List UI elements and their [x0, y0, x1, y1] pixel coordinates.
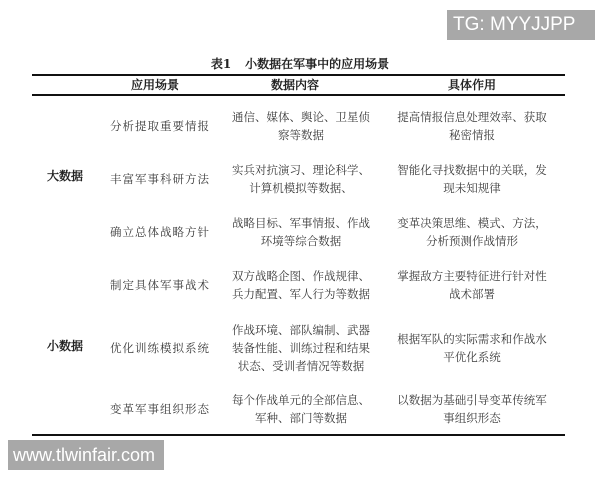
top-rule: [32, 74, 565, 76]
table-row: 变革军事组织形态 每个作战单元的全部信息、军种、部门等数据 以数据为基础引导变革…: [32, 386, 565, 432]
table-row: 优化训练模拟系统 作战环境、部队编制、武器装备性能、训练过程和结果状态、受训者情…: [32, 310, 565, 386]
watermark-url: www.tlwinfair.com: [8, 440, 164, 470]
cell-scene: 丰富军事科研方法: [100, 155, 220, 203]
cell-effect: 变革决策思维、模式、方法，分析预测作战情形: [392, 208, 552, 256]
header-effect: 具体作用: [392, 77, 552, 94]
table-row: 制定具体军事战术 双方战略企图、作战规律、兵力配置、军人行为等数据 掌握敌方主要…: [32, 256, 565, 314]
cell-effect: 智能化寻找数据中的关联，发现未知规律: [392, 155, 552, 203]
cell-scene: 确立总体战略方针: [100, 208, 220, 256]
caption-title: 小数据在军事中的应用场景: [245, 57, 389, 71]
bottom-rule: [32, 434, 565, 436]
cell-effect: 以数据为基础引导变革传统军事组织形态: [392, 386, 552, 432]
cell-scene: 分析提取重要情报: [100, 102, 220, 150]
cell-data: 每个作战单元的全部信息、军种、部门等数据: [230, 386, 372, 432]
cell-scene: 制定具体军事战术: [100, 256, 220, 314]
cell-scene: 优化训练模拟系统: [100, 310, 220, 386]
cell-data: 战略目标、军事情报、作战环境等综合数据: [230, 208, 372, 256]
cell-effect: 提高情报信息处理效率、获取秘密情报: [392, 102, 552, 150]
caption-number: 表1: [211, 57, 231, 71]
cell-data: 通信、媒体、舆论、卫星侦察等数据: [230, 102, 372, 150]
page: TG: MYYJJPP 表1小数据在军事中的应用场景 应用场景 数据内容 具体作…: [0, 0, 600, 480]
table-row: 分析提取重要情报 通信、媒体、舆论、卫星侦察等数据 提高情报信息处理效率、获取秘…: [32, 102, 565, 150]
header-scene: 应用场景: [95, 77, 215, 94]
table-row: 确立总体战略方针 战略目标、军事情报、作战环境等综合数据 变革决策思维、模式、方…: [32, 208, 565, 256]
cell-data: 双方战略企图、作战规律、兵力配置、军人行为等数据: [230, 256, 372, 314]
table-caption: 表1小数据在军事中的应用场景: [0, 55, 600, 72]
header-rule: [32, 94, 565, 96]
cell-effect: 掌握敌方主要特征进行针对性战术部署: [392, 256, 552, 314]
header-data: 数据内容: [225, 77, 365, 94]
cell-scene: 变革军事组织形态: [100, 386, 220, 432]
cell-data: 实兵对抗演习、理论科学、计算机模拟等数据、: [230, 155, 372, 203]
cell-data: 作战环境、部队编制、武器装备性能、训练过程和结果状态、受训者情况等数据: [230, 310, 372, 386]
watermark-tg: TG: MYYJJPP: [447, 10, 595, 40]
table-row: 丰富军事科研方法 实兵对抗演习、理论科学、计算机模拟等数据、 智能化寻找数据中的…: [32, 155, 565, 203]
cell-effect: 根据军队的实际需求和作战水平优化系统: [392, 310, 552, 386]
